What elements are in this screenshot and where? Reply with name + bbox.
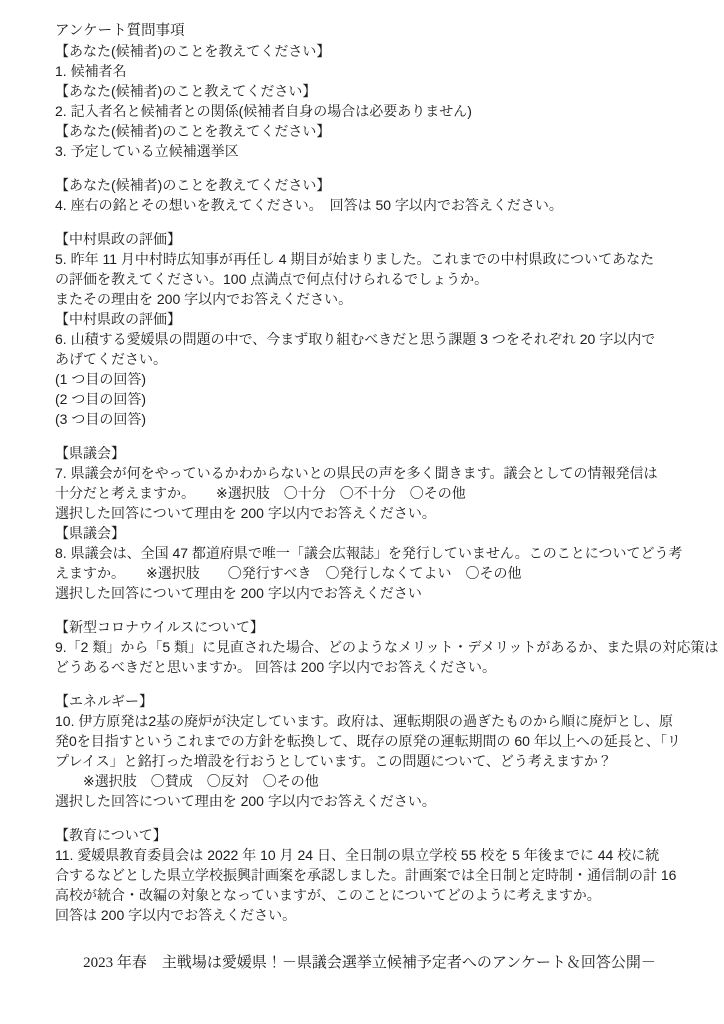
question-text: 発0を目指すというこれまでの方針を転換して、既存の原発の運転期間の 60 年以上… — [55, 731, 684, 751]
section-heading: 【県議会】 — [55, 443, 684, 463]
question-text: 11. 愛媛県教育委員会は 2022 年 10 月 24 日、全日制の県立学校 … — [55, 845, 684, 865]
document-page: アンケート質問事項 【あなた(候補者)のことを教えてください】1. 候補者名【あ… — [0, 0, 724, 1024]
question-text: 選択した回答について理由を 200 字以内でお答えください。 — [55, 791, 684, 811]
section-heading: 【あなた(候補者)のことを教えてください】 — [55, 175, 684, 195]
question-text: 4. 座右の銘とその想いを教えてください。 回答は 50 字以内でお答えください… — [55, 195, 684, 215]
question-text: 回答は 200 字以内でお答えください。 — [55, 905, 684, 925]
question-text: 選択した回答について理由を 200 字以内でお答えください。 — [55, 503, 684, 523]
question-text: 高校が統合・改編の対象となっていますが、このことについてどのように考えますか。 — [55, 885, 684, 905]
question-text: 2. 記入者名と候補者との関係(候補者自身の場合は必要ありません) — [55, 101, 684, 121]
blank-line — [55, 215, 684, 229]
question-text: (1 つ目の回答) — [55, 369, 684, 389]
blank-line — [55, 161, 684, 175]
document-footer: 2023 年春 主戦場は愛媛県！－県議会選挙立候補予定者へのアンケート＆回答公開… — [55, 953, 684, 973]
question-text: どうあるべきだと思いますか。 回答は 200 字以内でお答えください。 — [55, 657, 684, 677]
question-text: (3 つ目の回答) — [55, 409, 684, 429]
document-title: アンケート質問事項 — [55, 21, 684, 41]
question-text: プレイス」と銘打った増設を行おうとしています。この問題について、どう考えますか？ — [55, 751, 684, 771]
question-text: ※選択肢 〇賛成 〇反対 〇その他 — [55, 771, 684, 791]
question-text: 6. 山積する愛媛県の問題の中で、今まず取り組むべきだと思う課題 3 つをそれぞ… — [55, 329, 684, 349]
section-heading: 【中村県政の評価】 — [55, 229, 684, 249]
question-text: 1. 候補者名 — [55, 61, 684, 81]
blank-line — [55, 811, 684, 825]
question-text: 選択した回答について理由を 200 字以内でお答えください — [55, 583, 684, 603]
section-heading: 【教育について】 — [55, 825, 684, 845]
question-text: 9.「2 類」から「5 類」に見直された場合、どのようなメリット・デメリットがあ… — [55, 637, 684, 657]
section-heading: 【県議会】 — [55, 523, 684, 543]
section-heading: 【エネルギー】 — [55, 691, 684, 711]
question-text: 3. 予定している立候補選挙区 — [55, 141, 684, 161]
question-text: (2 つ目の回答) — [55, 389, 684, 409]
section-heading: 【中村県政の評価】 — [55, 309, 684, 329]
question-text: 10. 伊方原発は2基の廃炉が決定しています。政府は、運転期限の過ぎたものから順… — [55, 711, 684, 731]
question-text: 十分だと考えますか。 ※選択肢 〇十分 〇不十分 〇その他 — [55, 483, 684, 503]
section-heading: 【あなた(候補者)のことを教えてください】 — [55, 121, 684, 141]
question-text: 8. 県議会は、全国 47 都道府県で唯一「議会広報誌」を発行していません。この… — [55, 543, 684, 563]
question-text: えますか。 ※選択肢 〇発行すべき 〇発行しなくてよい 〇その他 — [55, 563, 684, 583]
section-heading: 【あなた(候補者)のこと教えてください】 — [55, 81, 684, 101]
blank-line — [55, 429, 684, 443]
question-text: またその理由を 200 字以内でお答えください。 — [55, 289, 684, 309]
question-text: 7. 県議会が何をやっているかわからないとの県民の声を多く聞きます。議会としての… — [55, 463, 684, 483]
question-list: 【あなた(候補者)のことを教えてください】1. 候補者名【あなた(候補者)のこと… — [55, 41, 684, 925]
blank-line — [55, 677, 684, 691]
question-text: 5. 昨年 11 月中村時広知事が再任し 4 期目が始まりました。これまでの中村… — [55, 249, 684, 269]
section-heading: 【新型コロナウイルスについて】 — [55, 617, 684, 637]
blank-line — [55, 603, 684, 617]
question-text: の評価を教えてください。100 点満点で何点付けられるでしょうか。 — [55, 269, 684, 289]
question-text: あげてください。 — [55, 349, 684, 369]
section-heading: 【あなた(候補者)のことを教えてください】 — [55, 41, 684, 61]
question-text: 合するなどとした県立学校振興計画案を承認しました。計画案では全日制と定時制・通信… — [55, 865, 684, 885]
